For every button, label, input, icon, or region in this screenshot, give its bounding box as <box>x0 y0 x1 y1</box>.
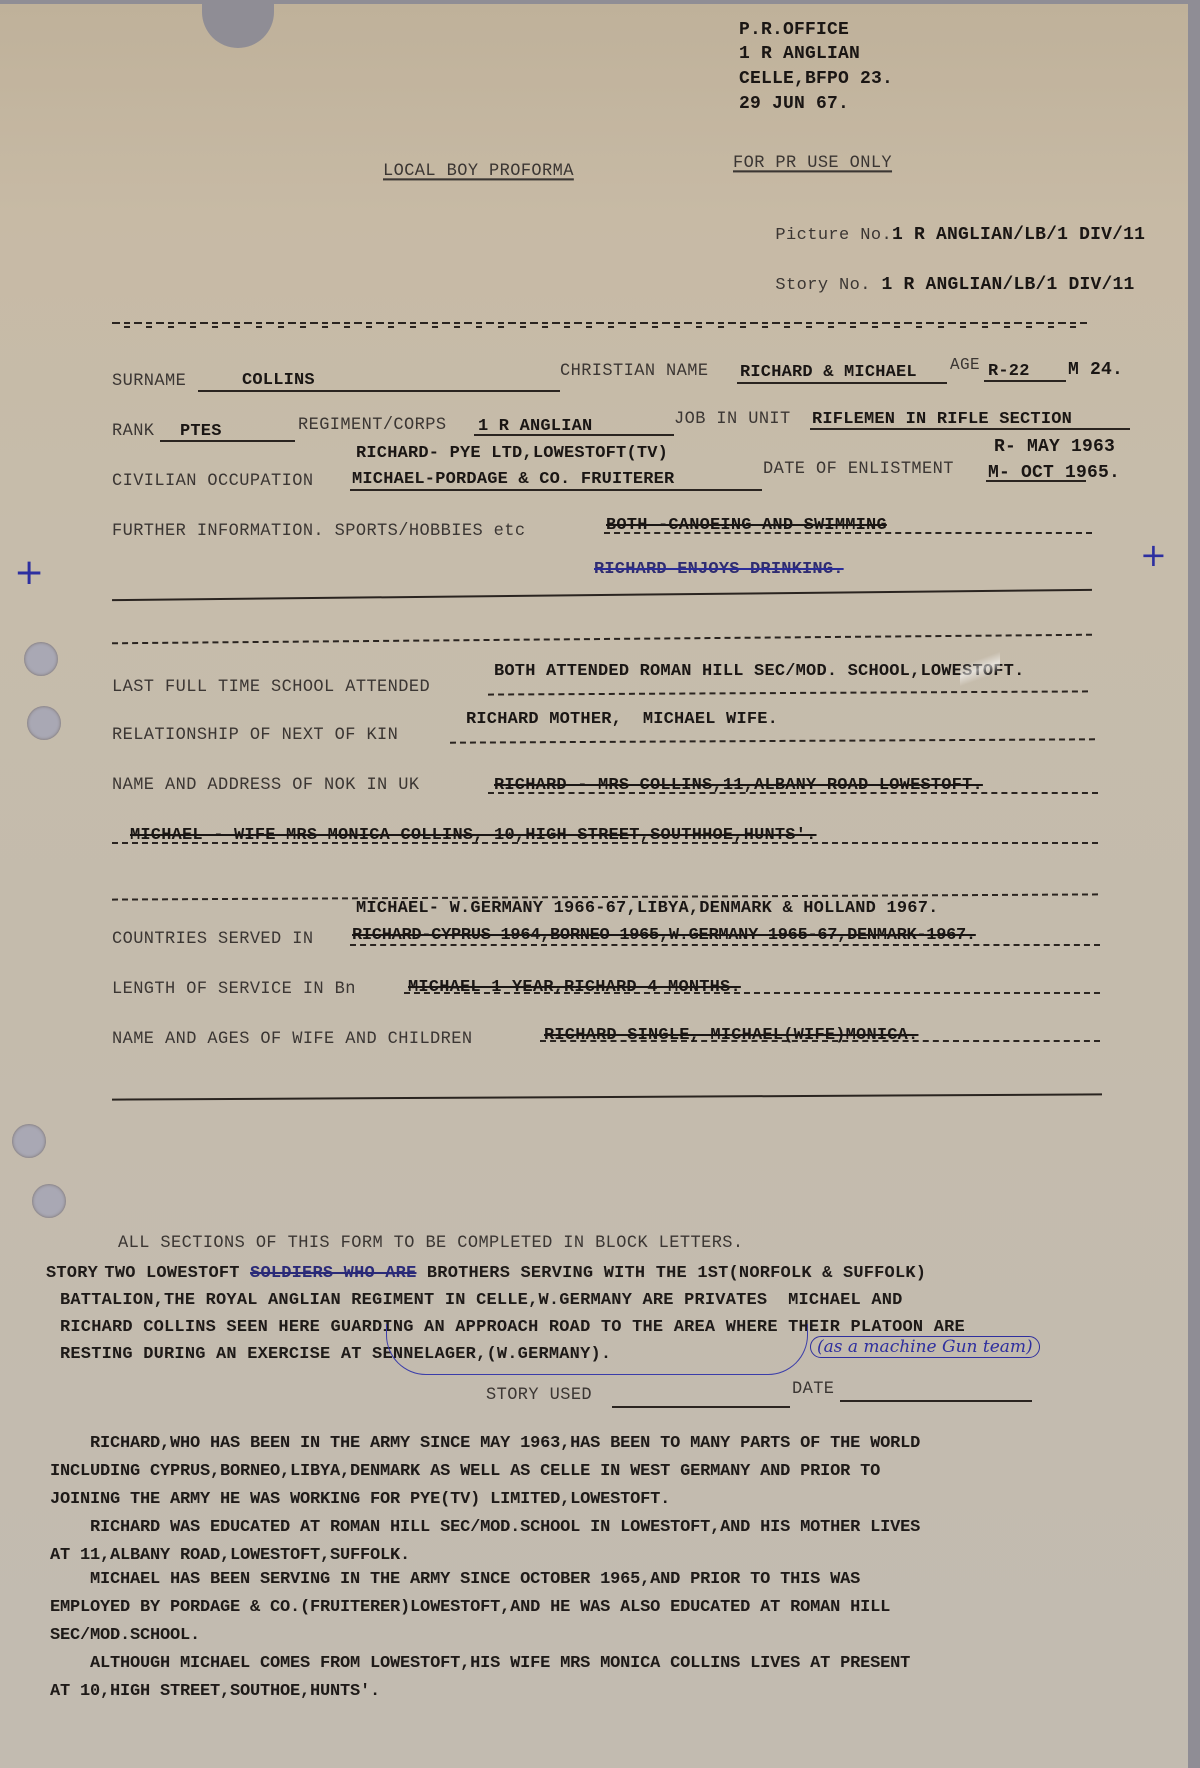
enlistment-value-1: R- MAY 1963 <box>994 437 1115 457</box>
picture-no-value: 1 R ANGLIAN/LB/1 DIV/11 <box>892 225 1145 245</box>
body-paragraph-richard: RICHARD,WHO HAS BEEN IN THE ARMY SINCE M… <box>50 1430 920 1570</box>
separator-line <box>112 322 1087 324</box>
office-line: 1 R ANGLIAN <box>739 44 860 64</box>
date-line <box>840 1400 1032 1402</box>
blank-line <box>112 1093 1102 1100</box>
age-value-richard: R-22 <box>988 362 1030 381</box>
civilian-occupation-label: CIVILIAN OCCUPATION <box>112 472 313 492</box>
insert-arrow-loop <box>386 1324 808 1375</box>
punch-hole <box>27 706 61 740</box>
instructions-text: ALL SECTIONS OF THIS FORM TO BE COMPLETE… <box>118 1234 744 1254</box>
office-line: CELLE,BFPO 23. <box>739 69 893 89</box>
nok-relationship-value: RICHARD MOTHER, MICHAEL WIFE. <box>466 710 778 729</box>
nok-relationship-line <box>450 738 1095 743</box>
countries-value-2: RICHARD-CYPRUS 1964,BORNEO 1965,W.GERMAN… <box>352 926 976 945</box>
date-label: DATE <box>792 1380 834 1400</box>
story-number: Story No. 1 R ANGLIAN/LB/1 DIV/11 <box>733 256 1135 314</box>
further-info-value: BOTH -CANOEING AND SWIMMING <box>606 516 887 535</box>
regiment-label: REGIMENT/CORPS <box>298 416 446 436</box>
nok-relationship-label: RELATIONSHIP OF NEXT OF KIN <box>112 726 398 746</box>
story-label: STORY <box>46 1264 98 1283</box>
last-school-label: LAST FULL TIME SCHOOL ATTENDED <box>112 678 430 698</box>
length-of-service-value: MICHAEL 1 YEAR,RICHARD 4 MONTHS. <box>408 978 741 997</box>
story-struck-text: SOLDIERS WHO ARE <box>250 1264 416 1283</box>
blank-line <box>112 634 1092 645</box>
last-school-value: BOTH ATTENDED ROMAN HILL SEC/MOD. SCHOOL… <box>494 662 1025 681</box>
age-label: AGE <box>950 356 980 375</box>
punch-hole <box>32 1184 66 1218</box>
punch-hole <box>12 1124 46 1158</box>
date-of-enlistment-label: DATE OF ENLISTMENT <box>763 460 954 480</box>
age-value-michael: M 24. <box>1068 360 1123 380</box>
christian-name-value: RICHARD & MICHAEL <box>740 363 917 382</box>
story-used-label: STORY USED <box>486 1386 592 1406</box>
wife-children-value: RICHARD SINGLE, MICHAEL(WIFE)MONICA. <box>544 1026 918 1045</box>
length-of-service-label: LENGTH OF SERVICE IN Bn <box>112 980 356 1000</box>
surname-value: COLLINS <box>242 371 315 390</box>
light-glare <box>960 624 1000 714</box>
nok-address-value-2: MICHAEL - WIFE MRS MONICA COLLINS, 10,HI… <box>130 826 817 845</box>
wife-children-label: NAME AND AGES OF WIFE AND CHILDREN <box>112 1030 472 1050</box>
page-notch <box>202 4 274 48</box>
countries-value-1: MICHAEL- W.GERMANY 1966-67,LIBYA,DENMARK… <box>356 899 939 918</box>
enlistment-value-2: M- OCT 1965. <box>988 463 1120 483</box>
civilian-occupation-value-2: MICHAEL-PORDAGE & CO. FRUITERER <box>352 470 674 489</box>
pr-use-label: FOR PR USE ONLY <box>733 154 892 174</box>
christian-name-label: CHRISTIAN NAME <box>560 362 708 382</box>
story-no-label: Story No. <box>775 276 870 295</box>
further-info-label: FURTHER INFORMATION. SPORTS/HOBBIES etc <box>112 522 525 542</box>
story-no-value: 1 R ANGLIAN/LB/1 DIV/11 <box>881 275 1134 295</box>
office-line: P.R.OFFICE <box>739 20 849 40</box>
story-used-line <box>612 1406 790 1408</box>
further-info-struck-text: RICHARD ENJOYS DRINKING. <box>594 560 844 579</box>
civilian-occupation-value-1: RICHARD- PYE LTD,LOWESTOFT(TV) <box>356 444 668 463</box>
separator-line <box>112 326 1087 328</box>
office-date: 29 JUN 67. <box>739 94 849 114</box>
surname-field-line <box>198 390 560 392</box>
civilian-occupation-line <box>350 489 762 491</box>
christian-name-line <box>737 382 947 384</box>
rank-label: RANK <box>112 422 154 442</box>
job-in-unit-value: RIFLEMEN IN RIFLE SECTION <box>812 410 1072 429</box>
blank-line <box>112 589 1092 601</box>
punch-hole <box>24 642 58 676</box>
form-title: LOCAL BOY PROFORMA <box>383 162 574 182</box>
margin-cross-mark: + <box>14 552 44 593</box>
job-in-unit-label: JOB IN UNIT <box>674 410 791 430</box>
body-paragraph-michael: MICHAEL HAS BEEN SERVING IN THE ARMY SIN… <box>50 1566 910 1706</box>
rank-value: PTES <box>180 422 222 441</box>
picture-no-label: Picture No. <box>775 226 892 245</box>
document-page: P.R.OFFICE 1 R ANGLIAN CELLE,BFPO 23. 29… <box>0 4 1188 1768</box>
countries-label: COUNTRIES SERVED IN <box>112 930 313 950</box>
story-line-1: STORY​ TWO LOWESTOFT SOLDIERS WHO ARE BR… <box>46 1260 926 1287</box>
story-line-2: BATTALION,THE ROYAL ANGLIAN REGIMENT IN … <box>60 1287 903 1314</box>
handwritten-insert: (as a machine Gun team) <box>810 1336 1040 1358</box>
regiment-value: 1 R ANGLIAN <box>478 417 592 436</box>
nok-address-value-1: RICHARD - MRS COLLINS,11,ALBANY ROAD LOW… <box>494 776 983 795</box>
margin-cross-mark: + <box>1140 536 1167 574</box>
nok-address-label: NAME AND ADDRESS OF NOK IN UK <box>112 776 419 796</box>
surname-label: SURNAME <box>112 372 186 392</box>
